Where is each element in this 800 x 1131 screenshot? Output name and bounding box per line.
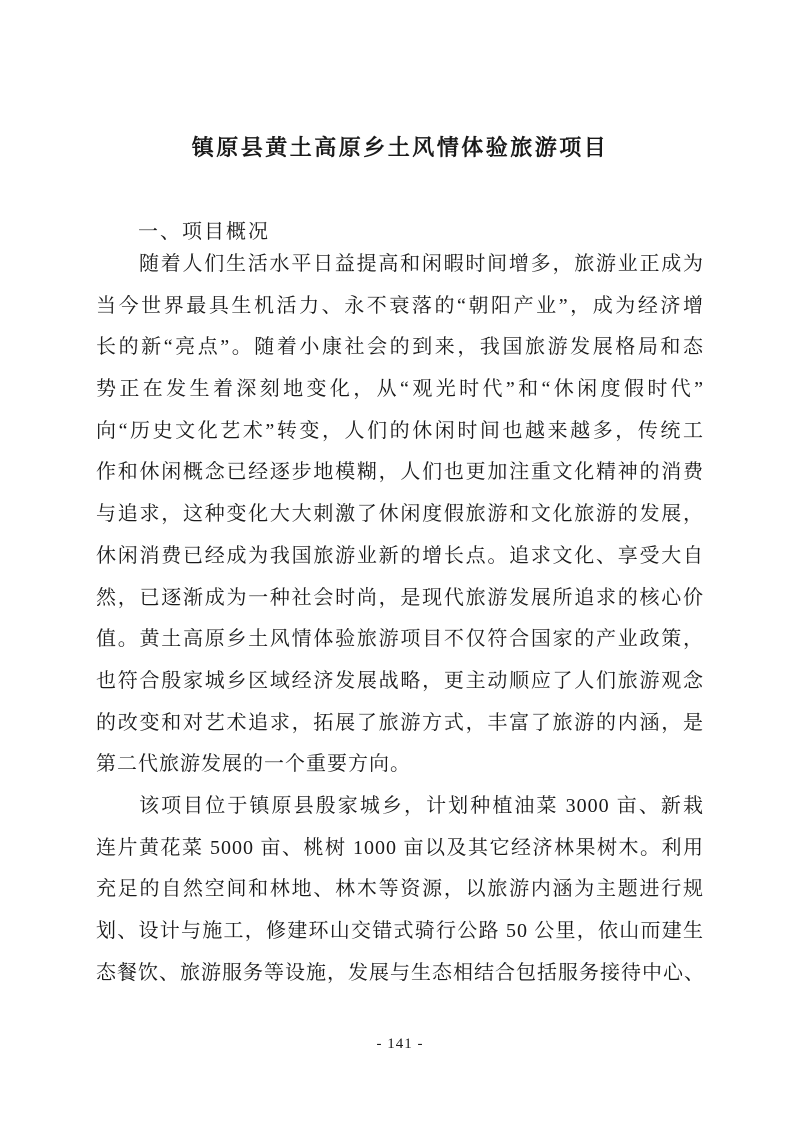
document-title: 镇原县黄土高原乡土风情体验旅游项目 [0,131,800,162]
text-line: 连片黄花菜 5000 亩、桃树 1000 亩以及其它经济林果树木。利用 [96,828,704,870]
text-line: 与追求，这种变化大大刺激了休闲度假旅游和文化旅游的发展， [96,494,704,536]
text-line: 随着人们生活水平日益提高和闲暇时间增多，旅游业正成为 [96,244,704,286]
text-line: 值。黄土高原乡土风情体验旅游项目不仅符合国家的产业政策， [96,619,704,661]
page-number: - 141 - [0,1036,800,1053]
text-line: 充足的自然空间和林地、林木等资源，以旅游内涵为主题进行规 [96,869,704,911]
text-line: 划、设计与施工，修建环山交错式骑行公路 50 公里，依山而建生 [96,911,704,953]
document-body: 随着人们生活水平日益提高和闲暇时间增多，旅游业正成为当今世界最具生机活力、永不衰… [96,244,704,994]
text-line: 也符合殷家城乡区域经济发展战略，更主动顺应了人们旅游观念 [96,661,704,703]
text-line: 长的新“亮点”。随着小康社会的到来，我国旅游发展格局和态 [96,327,704,369]
text-line: 该项目位于镇原县殷家城乡，计划种植油菜 3000 亩、新栽 [96,786,704,828]
paragraph: 随着人们生活水平日益提高和闲暇时间增多，旅游业正成为当今世界最具生机活力、永不衰… [96,244,704,786]
text-line: 休闲消费已经成为我国旅游业新的增长点。追求文化、享受大自 [96,536,704,578]
paragraph: 该项目位于镇原县殷家城乡，计划种植油菜 3000 亩、新栽连片黄花菜 5000 … [96,786,704,994]
document-page: 镇原县黄土高原乡土风情体验旅游项目 一、项目概况 随着人们生活水平日益提高和闲暇… [0,0,800,1131]
text-line: 向“历史文化艺术”转变，人们的休闲时间也越来越多，传统工 [96,411,704,453]
text-line: 当今世界最具生机活力、永不衰落的“朝阳产业”，成为经济增 [96,286,704,328]
text-line: 第二代旅游发展的一个重要方向。 [96,744,704,786]
text-line: 态餐饮、旅游服务等设施，发展与生态相结合包括服务接待中心、 [96,953,704,995]
text-line: 然，已逐渐成为一种社会时尚，是现代旅游发展所追求的核心价 [96,578,704,620]
text-line: 作和休闲概念已经逐步地模糊，人们也更加注重文化精神的消费 [96,452,704,494]
section-heading: 一、项目概况 [138,215,270,244]
text-line: 势正在发生着深刻地变化，从“观光时代”和“休闲度假时代” [96,369,704,411]
text-line: 的改变和对艺术追求，拓展了旅游方式，丰富了旅游的内涵，是 [96,703,704,745]
